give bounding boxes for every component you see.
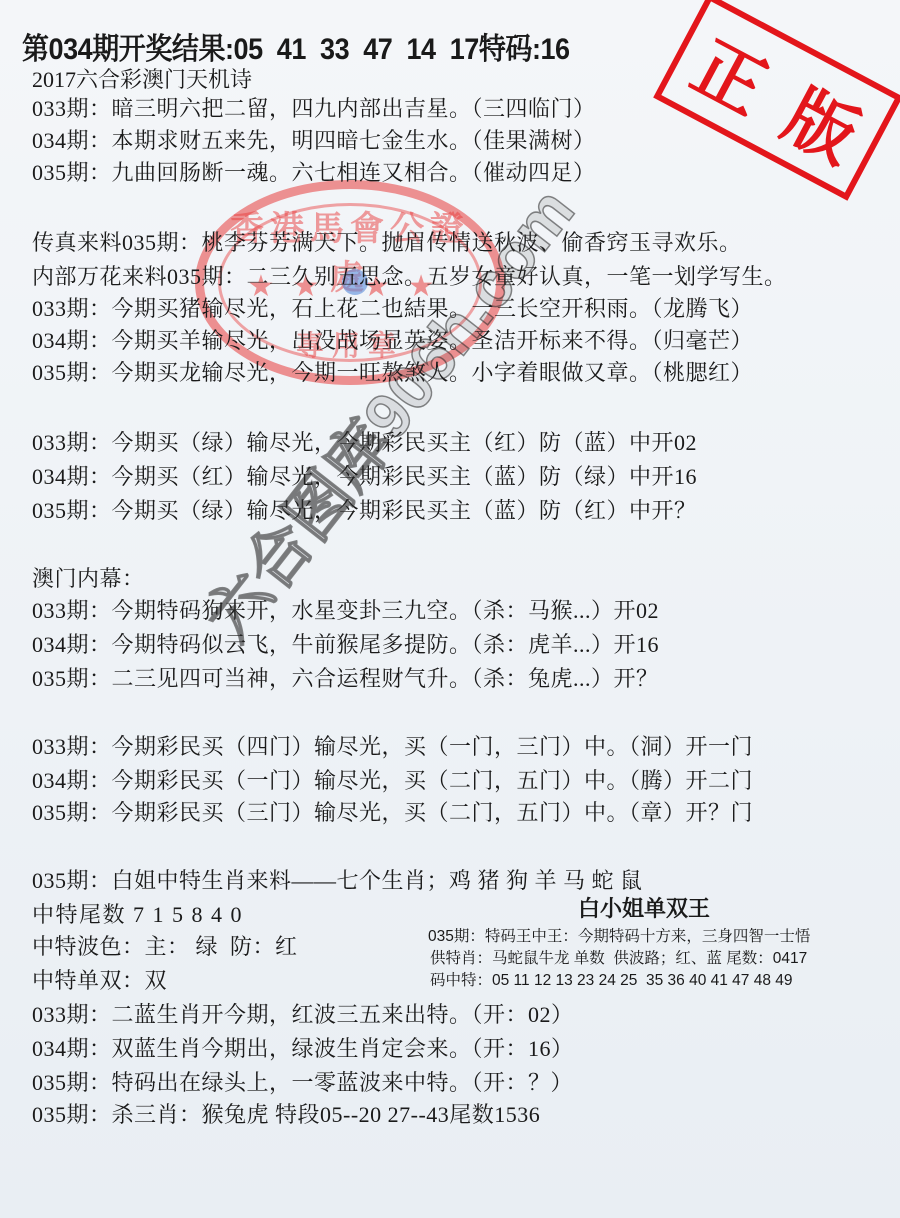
macau-inside-heading: 澳门内幕： <box>32 564 145 594</box>
box-line: 035期：特码王中王：今期特码十方来，三身四智一士悟 <box>428 926 810 948</box>
stamp-char-zheng: 正 <box>677 12 786 134</box>
wave-color: 中特波色：主： 绿 防：红 <box>32 932 298 962</box>
macau-inside-line: 033期：今期特码狗来开，水星变卦三九空。（杀：马猴...）开02 <box>32 596 659 626</box>
stamp-char-ban: 版 <box>769 60 878 182</box>
fax-line: 传真来料035期：桃李芬芳满天下。抛眉传情送秋波、偷香窍玉寻欢乐。 <box>32 228 742 258</box>
poem-heading: 2017六合彩澳门天机诗 <box>32 66 252 94</box>
final-line: 034期：双蓝生肖今期出，绿波生肖定会来。（开：16） <box>32 1034 574 1064</box>
macau-inside-line: 035期：二三见四可当神，六合运程财气升。（杀：兔虎...）开？ <box>32 664 659 694</box>
poem-line: 034期：本期求财五来先，明四暗七金生水。（佳果满树） <box>32 126 596 156</box>
zodiac-line: 035期：白姐中特生肖来料——七个生肖；鸡 猪 狗 羊 马 蛇 鼠 <box>32 866 643 896</box>
tail-numbers: 中特尾数 7 1 5 8 4 0 <box>32 900 243 930</box>
macau-inside-line: 034期：今期特码似云飞，牛前猴尾多提防。（杀：虎羊...）开16 <box>32 630 659 660</box>
poem-line: 033期：暗三明六把二留，四九内部出吉星。（三四临门） <box>32 94 596 124</box>
color-prediction-line: 033期：今期买（绿）输尽光，今期彩民买主（红）防（蓝）中开02 <box>32 428 697 458</box>
draw-result-title: 第034期开奖结果:05 41 33 47 14 17特码:16 <box>22 24 570 68</box>
fax-line: 内部万花来料035期：二三久别五思念。五岁女童好认真，一笔一划学写生。 <box>32 262 787 292</box>
color-prediction-line: 034期：今期买（红）输尽光，今期彩民买主（蓝）防（绿）中开16 <box>32 462 697 492</box>
final-line: 035期：杀三肖：猴兔虎 特段05--20 27--43尾数1536 <box>32 1100 540 1130</box>
genuine-stamp: 正 版 <box>653 0 900 201</box>
fax-line: 033期：今期买猪输尽光，石上花二也結果。一三长空开积雨。（龙腾飞） <box>32 294 753 324</box>
box-line: 码中特：05 11 12 13 23 24 25 35 36 40 41 47 … <box>430 970 793 992</box>
odd-even: 中特单双：双 <box>32 966 167 996</box>
box-title: 白小姐单双王 <box>578 892 710 923</box>
box-line: 供特肖：马蛇鼠牛龙 单数 供波路；红、蓝 尾数：0417 <box>430 948 807 970</box>
door-prediction-line: 035期：今期彩民买（三门）输尽光，买（二门，五门）中。（章）开？门 <box>32 798 753 828</box>
fax-line: 034期：今期买羊输尽光，出没战场显英姿。圣洁开标来不得。（归毫芒） <box>32 326 753 356</box>
poem-line: 035期：九曲回肠断一魂。六七相连又相合。（催动四足） <box>32 158 596 188</box>
color-prediction-line: 035期：今期买（绿）输尽光，今期彩民买主（蓝）防（红）中开？ <box>32 496 697 526</box>
fax-line: 035期：今期买龙输尽光，今期一旺熬煞人。小字着眼做又章。（桃腮红） <box>32 358 753 388</box>
door-prediction-line: 033期：今期彩民买（四门）输尽光，买（一门，三门）中。（洞）开一门 <box>32 732 753 762</box>
final-line: 033期：二蓝生肖开今期，红波三五来出特。（开：02） <box>32 1000 574 1030</box>
final-line: 035期：特码出在绿头上，一零蓝波来中特。（开：？） <box>32 1068 573 1098</box>
door-prediction-line: 034期：今期彩民买（一门）输尽光，买（二门，五门）中。（腾）开二门 <box>32 766 753 796</box>
